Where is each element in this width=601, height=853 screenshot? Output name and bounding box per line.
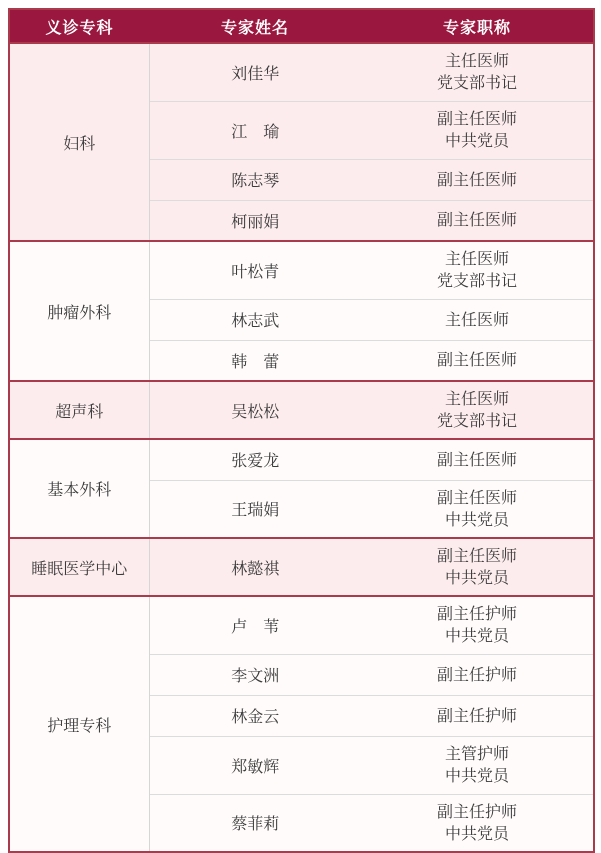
- expert-title-line: 副主任护师: [365, 801, 589, 823]
- expert-title-line: 党支部书记: [365, 72, 589, 94]
- expert-name-cell: 叶松青: [149, 241, 361, 299]
- expert-title-line: 副主任护师: [365, 603, 589, 625]
- expert-name-cell: 陈志琴: [149, 159, 361, 200]
- expert-title-cell: 副主任医师中共党员: [361, 101, 594, 159]
- expert-title-line: 副主任医师: [365, 169, 589, 191]
- expert-title-line: 中共党员: [365, 130, 589, 152]
- specialty-cell: 基本外科: [9, 439, 149, 538]
- expert-title-cell: 主任医师党支部书记: [361, 43, 594, 101]
- expert-name-cell: 郑敏辉: [149, 736, 361, 794]
- expert-title-cell: 主管护师中共党员: [361, 736, 594, 794]
- expert-name-cell: 林金云: [149, 695, 361, 736]
- expert-title-cell: 副主任护师中共党员: [361, 596, 594, 654]
- expert-title-line: 副主任医师: [365, 209, 589, 231]
- expert-title-line: 党支部书记: [365, 270, 589, 292]
- expert-title-line: 主管护师: [365, 743, 589, 765]
- specialty-cell: 肿瘤外科: [9, 241, 149, 381]
- expert-title-line: 副主任医师: [365, 349, 589, 371]
- page: 义诊专科 专家姓名 专家职称 妇科刘佳华主任医师党支部书记江 瑜副主任医师中共党…: [0, 0, 601, 851]
- expert-row: 睡眠医学中心林懿祺副主任医师中共党员: [9, 538, 594, 596]
- expert-title-cell: 副主任护师中共党员: [361, 794, 594, 852]
- expert-title-cell: 主任医师党支部书记: [361, 241, 594, 299]
- expert-title-line: 中共党员: [365, 823, 589, 845]
- expert-name-cell: 蔡菲莉: [149, 794, 361, 852]
- expert-title-cell: 副主任护师: [361, 654, 594, 695]
- expert-title-cell: 主任医师: [361, 299, 594, 340]
- expert-title-line: 主任医师: [365, 50, 589, 72]
- table-header-row: 义诊专科 专家姓名 专家职称: [9, 9, 594, 43]
- expert-name-cell: 李文洲: [149, 654, 361, 695]
- expert-title-line: 主任医师: [365, 248, 589, 270]
- expert-title-line: 副主任护师: [365, 664, 589, 686]
- expert-title-cell: 副主任医师: [361, 340, 594, 381]
- expert-title-cell: 副主任医师: [361, 159, 594, 200]
- expert-title-line: 中共党员: [365, 509, 589, 531]
- specialty-cell: 妇科: [9, 43, 149, 241]
- specialty-cell: 睡眠医学中心: [9, 538, 149, 596]
- expert-name-cell: 刘佳华: [149, 43, 361, 101]
- header-specialty: 义诊专科: [9, 9, 149, 43]
- expert-name-cell: 卢 苇: [149, 596, 361, 654]
- expert-title-cell: 副主任医师中共党员: [361, 480, 594, 538]
- expert-title-line: 中共党员: [365, 765, 589, 787]
- header-expert-name: 专家姓名: [149, 9, 361, 43]
- expert-name-cell: 柯丽娟: [149, 200, 361, 241]
- expert-title-line: 主任医师: [365, 309, 589, 331]
- expert-row: 超声科吴松松主任医师党支部书记: [9, 381, 594, 439]
- expert-title-line: 中共党员: [365, 625, 589, 647]
- expert-name-cell: 林志武: [149, 299, 361, 340]
- expert-name-cell: 江 瑜: [149, 101, 361, 159]
- expert-name-cell: 吴松松: [149, 381, 361, 439]
- expert-row: 基本外科张爱龙副主任医师: [9, 439, 594, 480]
- expert-title-cell: 副主任医师: [361, 439, 594, 480]
- expert-name-cell: 王瑞娟: [149, 480, 361, 538]
- expert-title-line: 副主任医师: [365, 487, 589, 509]
- expert-title-cell: 副主任医师中共党员: [361, 538, 594, 596]
- expert-name-cell: 韩 蕾: [149, 340, 361, 381]
- expert-title-line: 中共党员: [365, 567, 589, 589]
- expert-row: 肿瘤外科叶松青主任医师党支部书记: [9, 241, 594, 299]
- expert-title-line: 主任医师: [365, 388, 589, 410]
- expert-title-line: 副主任护师: [365, 705, 589, 727]
- expert-name-cell: 张爱龙: [149, 439, 361, 480]
- specialty-cell: 超声科: [9, 381, 149, 439]
- expert-title-line: 副主任医师: [365, 545, 589, 567]
- expert-row: 妇科刘佳华主任医师党支部书记: [9, 43, 594, 101]
- expert-title-cell: 主任医师党支部书记: [361, 381, 594, 439]
- experts-table: 义诊专科 专家姓名 专家职称 妇科刘佳华主任医师党支部书记江 瑜副主任医师中共党…: [8, 8, 595, 853]
- expert-title-line: 副主任医师: [365, 449, 589, 471]
- expert-title-line: 党支部书记: [365, 410, 589, 432]
- expert-title-cell: 副主任医师: [361, 200, 594, 241]
- header-expert-title: 专家职称: [361, 9, 594, 43]
- expert-row: 护理专科卢 苇副主任护师中共党员: [9, 596, 594, 654]
- expert-title-cell: 副主任护师: [361, 695, 594, 736]
- expert-title-line: 副主任医师: [365, 108, 589, 130]
- expert-name-cell: 林懿祺: [149, 538, 361, 596]
- specialty-cell: 护理专科: [9, 596, 149, 852]
